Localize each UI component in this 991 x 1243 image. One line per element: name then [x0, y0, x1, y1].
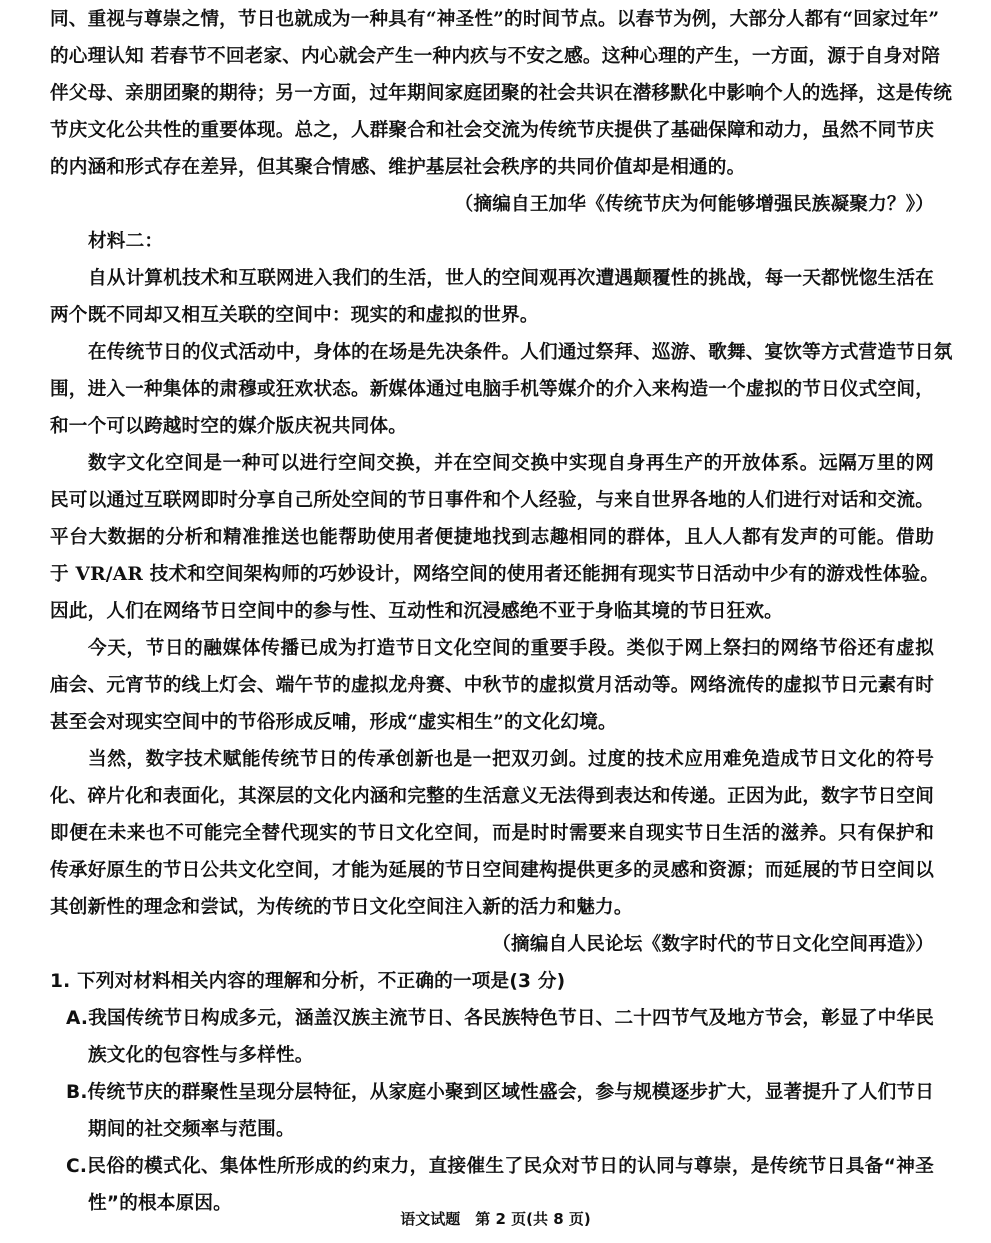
material2-line: 民可以通过互联网即时分享自己所处空间的节日事件和个人经验，与来自世界各地的人们进…: [50, 489, 934, 515]
option-text: 族文化的包容性与多样性。: [88, 1044, 934, 1070]
page-footer: 语文试题 第 2 页(共 8 页): [0, 1208, 991, 1229]
material2-line: 甚至会对现实空间中的节俗形成反哺，形成“虚实相生”的文化幻境。: [50, 711, 934, 737]
material2-line: 平台大数据的分析和精准推送也能帮助使用者便捷地找到志趣相同的群体，且人人都有发声…: [50, 526, 934, 552]
material2-line: 化、碎片化和表面化，其深层的文化内涵和完整的生活意义无法得到表达和传递。正因为此…: [50, 785, 934, 811]
material2-line: 当然，数字技术赋能传统节日的传承创新也是一把双刃剑。过度的技术应用难免造成节日文…: [88, 748, 934, 774]
material1-line: 节庆文化公共性的重要体现。总之，人群聚合和社会交流为传统节庆提供了基础保障和动力…: [50, 119, 934, 145]
material1-line: 伴父母、亲朋团聚的期待；另一方面，过年期间家庭团聚的社会共识在潜移默化中影响个人…: [50, 82, 934, 108]
option-text: 民俗的模式化、集体性所形成的约束力，直接催生了民众对节日的认同与尊崇，是传统节日…: [87, 1156, 934, 1177]
option-label: A.: [66, 1008, 88, 1029]
option-label: C.: [66, 1156, 87, 1177]
option-text: 我国传统节日构成多元，涵盖汉族主流节日、各民族特色节日、二十四节气及地方节会，彰…: [88, 1008, 934, 1029]
material2-line: 其创新性的理念和尝试，为传统的节日文化空间注入新的活力和魅力。: [50, 896, 934, 922]
material2-line: 传承好原生的节日公共文化空间，才能为延展的节日空间建构提供更多的灵感和资源；而延…: [50, 859, 934, 885]
material2-line: 今天，节日的融媒体传播已成为打造节日文化空间的重要手段。类似于网上祭扫的网络节俗…: [88, 637, 934, 663]
material1-line: 的心理认知 若春节不回老家、内心就会产生一种内疚与不安之感。这种心理的产生，一方…: [50, 45, 934, 71]
material1-line: 的内涵和形式存在差异，但其聚合情感、维护基层社会秩序的共同价值却是相通的。: [50, 156, 934, 182]
material2-line: 自从计算机技术和互联网进入我们的生活，世人的空间观再次遭遇颠覆性的挑战，每一天都…: [88, 267, 934, 293]
material2-heading: 材料二：: [88, 230, 388, 256]
material2-line: 数字文化空间是一种可以进行空间交换，并在空间交换中实现自身再生产的开放体系。远隔…: [88, 452, 934, 478]
material2-line: 即便在未来也不可能完全替代现实的节日文化空间，而是时时需要来自现实节日生活的滋养…: [50, 822, 934, 848]
material1-source: （摘编自王加华《传统节庆为何能够增强民族凝聚力？》）: [50, 193, 934, 219]
material1-line: 同、重视与尊崇之情，节日也就成为一种具有“神圣性”的时间节点。以春节为例，大部分…: [50, 8, 934, 34]
option-label: B.: [66, 1082, 88, 1103]
option-text: 期间的社交频率与范围。: [88, 1118, 934, 1144]
option-text: 传统节庆的群聚性呈现分层特征，从家庭小聚到区域性盛会，参与规模逐步扩大，显著提升…: [88, 1082, 934, 1103]
material2-line: 因此，人们在网络节日空间中的参与性、互动性和沉浸感绝不亚于身临其境的节日狂欢。: [50, 600, 934, 626]
material2-line: 和一个可以跨越时空的媒介版庆祝共同体。: [50, 415, 934, 441]
material2-line: 围，进入一种集体的肃穆或狂欢状态。新媒体通过电脑手机等媒介的介入来构造一个虚拟的…: [50, 378, 934, 404]
material2-line: 两个既不同却又相互关联的空间中：现实的和虚拟的世界。: [50, 304, 934, 330]
material2-source: （摘编自人民论坛《数字时代的节日文化空间再造》）: [50, 933, 934, 959]
material2-line: 于 VR/AR 技术和空间架构师的巧妙设计，网络空间的使用者还能拥有现实节日活动…: [50, 563, 934, 589]
question-stem: 1. 下列对材料相关内容的理解和分析，不正确的一项是(3 分): [50, 970, 934, 996]
material2-line: 庙会、元宵节的线上灯会、端午节的虚拟龙舟赛、中秋节的虚拟赏月活动等。网络流传的虚…: [50, 674, 934, 700]
exam-page: 同、重视与尊崇之情，节日也就成为一种具有“神圣性”的时间节点。以春节为例，大部分…: [0, 0, 991, 1243]
material2-line: 在传统节日的仪式活动中，身体的在场是先决条件。人们通过祭拜、巡游、歌舞、宴饮等方…: [88, 341, 934, 367]
